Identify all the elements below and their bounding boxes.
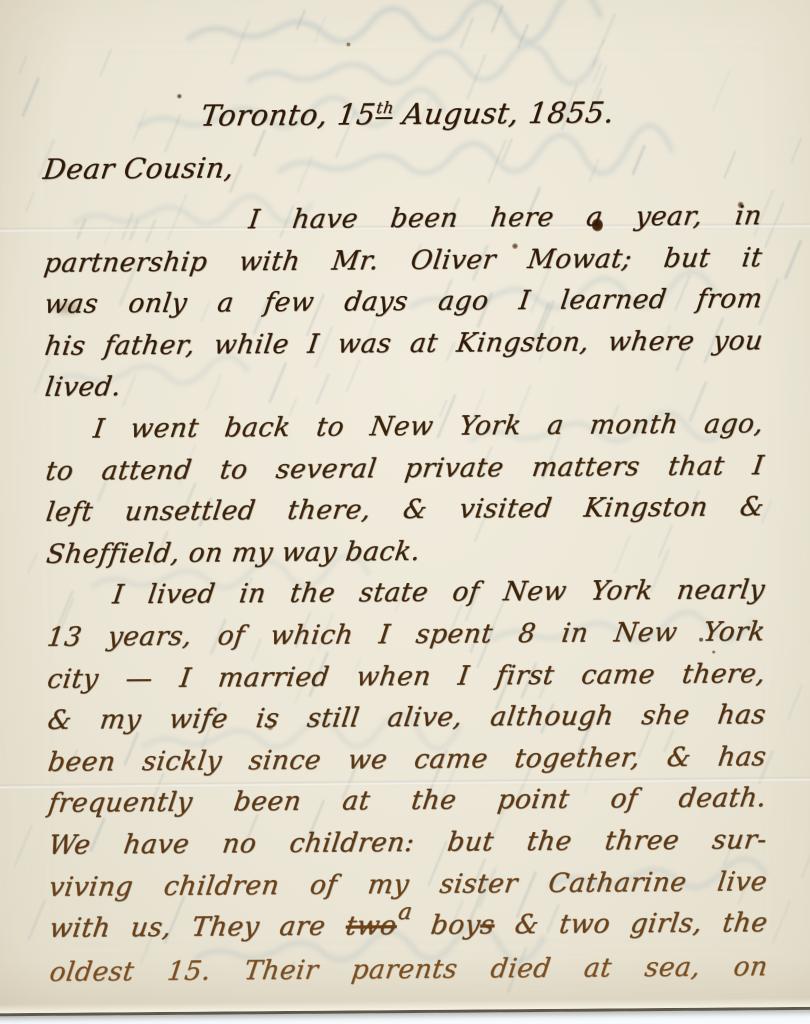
letter-dateline: Toronto, 15th August, 1855.	[198, 89, 764, 137]
letter-line: I went back to New York a month ago,	[91, 403, 766, 450]
letter-line: & my wife is still alive, although she h…	[45, 694, 768, 741]
ink-stain	[346, 42, 350, 46]
letter-line: oldest 15. Their parents died at sea, on	[47, 946, 770, 993]
letter-line: with us, They are twoa boys & two girls,…	[46, 902, 770, 951]
dateline-month-year: August, 1855.	[391, 95, 617, 131]
letter-salutation: Dear Cousin,	[40, 141, 764, 193]
letter-page: Toronto, 15th August, 1855. Dear Cousin,…	[0, 0, 810, 1016]
line-segment: with us, They are	[47, 911, 347, 944]
letter-line: We have no children: but the three sur-	[46, 819, 769, 866]
line-segment: & two girls, the	[492, 907, 769, 940]
letter-line: I lived in the state of New York nearly	[110, 569, 767, 616]
letter-line: partnership with Mr. Oliver Mowat; but i…	[41, 237, 764, 284]
letter-line: to attend to several private matters tha…	[43, 445, 766, 492]
letter-line: city — I married when I first came there…	[45, 653, 768, 700]
letter-line: Sheffield, on my way back.	[44, 528, 767, 575]
letter-line: left unsettled there, & visited Kingston…	[43, 486, 766, 533]
letter-line: lived.	[42, 362, 765, 409]
letter-line: 13 years, of which I spent 8 in New York	[44, 611, 767, 658]
dateline-city-day: Toronto, 15	[199, 97, 378, 132]
letter-line: his father, while I was at Kingston, whe…	[42, 320, 765, 367]
letter-line: been sickly since we came together, & ha…	[45, 736, 768, 783]
letter-line: frequently been at the point of death.	[46, 777, 769, 824]
letter-text: Toronto, 15th August, 1855. Dear Cousin,…	[43, 89, 768, 993]
letter-body: I have been here a year, inpartnership w…	[44, 195, 768, 993]
struck-word: two	[344, 910, 399, 941]
letter-line: I have been here a year, in	[246, 195, 765, 241]
letter-line: was only a few days ago I learned from	[42, 278, 765, 325]
line-segment: boy	[408, 909, 482, 941]
scanned-letter-canvas: Toronto, 15th August, 1855. Dear Cousin,…	[0, 0, 810, 1024]
